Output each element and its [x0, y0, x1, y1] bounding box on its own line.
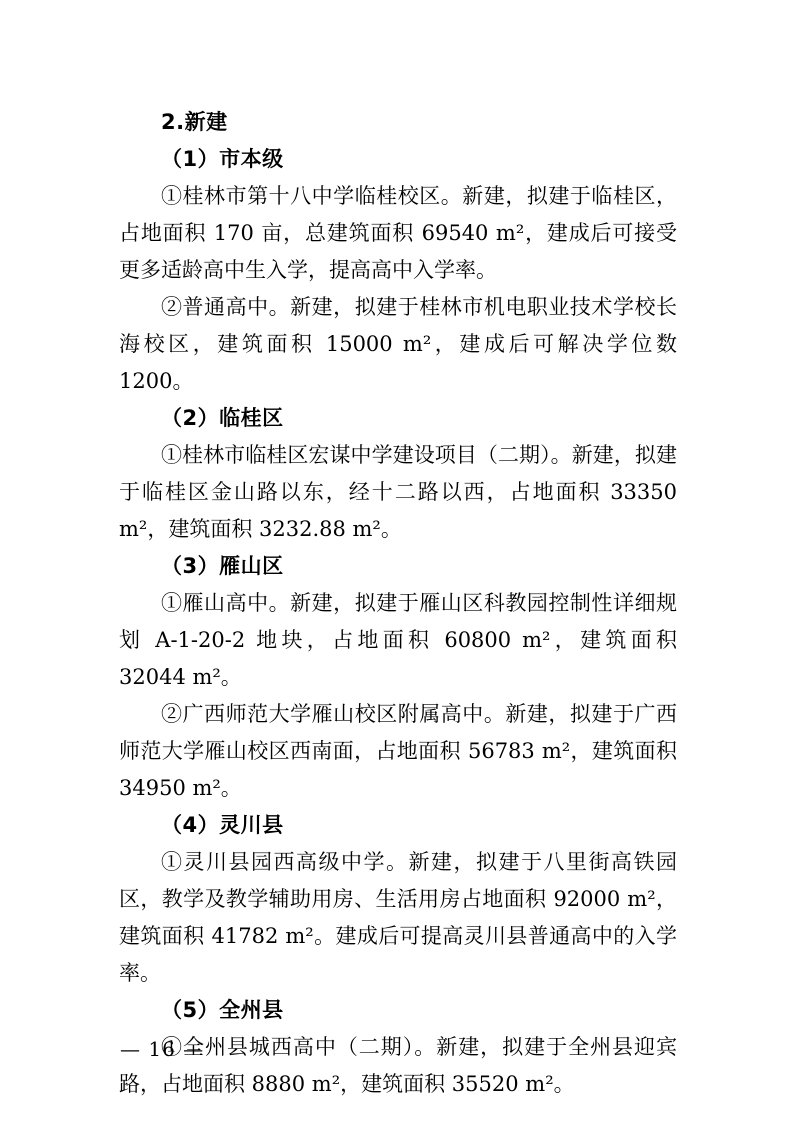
para-hongmou-middle-school: ①桂林市临桂区宏谋中学建设项目（二期）。新建，拟建于临桂区金山路以东，经十二路以… — [119, 437, 677, 548]
heading-lingui-district: （2）临桂区 — [119, 400, 677, 437]
heading-lingchuan-county: （4）灵川县 — [119, 807, 677, 844]
para-yuanxi-senior-high-school: ①灵川县园西高级中学。新建，拟建于八里街高铁园区，教学及教学辅助用房、生活用房占… — [119, 844, 677, 992]
para-yanshan-high-school: ①雁山高中。新建，拟建于雁山区科教园控制性详细规划 A-1-20-2 地块，占地… — [119, 585, 677, 696]
page-number: — 16 — — [120, 1036, 204, 1062]
heading-quanzhou-county: （5）全州县 — [119, 992, 677, 1029]
para-general-high-school: ②普通高中。新建，拟建于桂林市机电职业技术学校长海校区，建筑面积 15000 m… — [119, 289, 677, 400]
heading-new-build: 2.新建 — [119, 104, 677, 141]
heading-city-level: （1）市本级 — [119, 141, 677, 178]
document-page: 2.新建 （1）市本级 ①桂林市第十八中学临桂校区。新建，拟建于临桂区，占地面积… — [0, 0, 794, 1123]
document-body: 2.新建 （1）市本级 ①桂林市第十八中学临桂校区。新建，拟建于临桂区，占地面积… — [119, 104, 677, 1103]
para-gxnu-affiliated-high-school: ②广西师范大学雁山校区附属高中。新建，拟建于广西师范大学雁山校区西南面，占地面积… — [119, 696, 677, 807]
heading-yanshan-district: （3）雁山区 — [119, 548, 677, 585]
para-guilin-no18-middle-school: ①桂林市第十八中学临桂校区。新建，拟建于临桂区，占地面积 170 亩，总建筑面积… — [119, 178, 677, 289]
